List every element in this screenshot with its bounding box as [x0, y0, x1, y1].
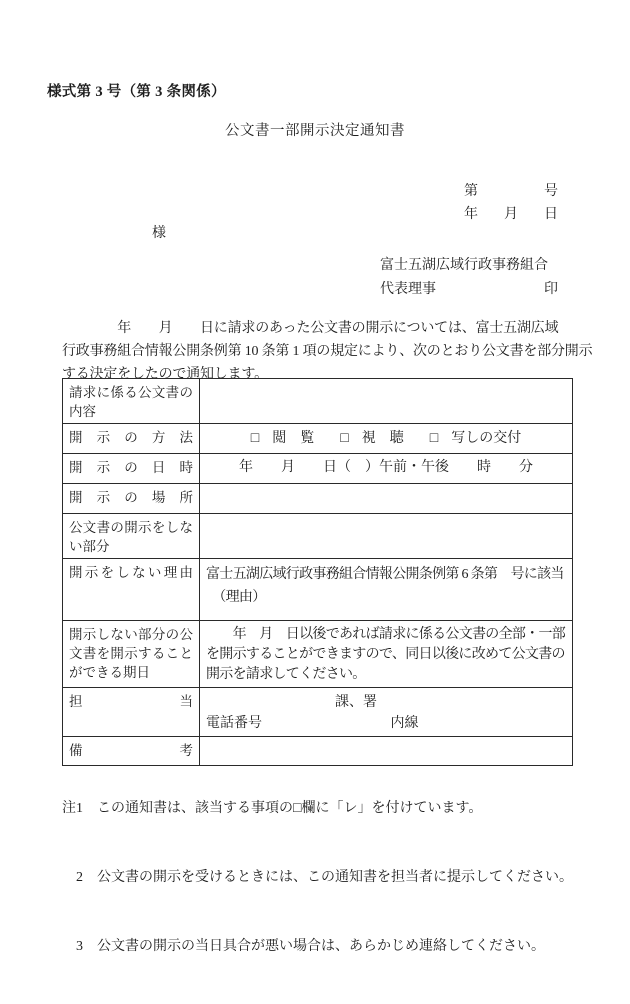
row-label: 公文書の開示をしない部分 — [63, 514, 200, 559]
method-option-label: 写しの交付 — [451, 429, 521, 449]
row-value — [200, 484, 573, 514]
checkbox-icon: □ — [430, 429, 438, 449]
disclosure-table: 請求に係る公文書の内容 開 示 の 方 法 □ 閲 覧 □ 視 聴 □ — [62, 378, 573, 766]
date-day-label: 日 — [544, 203, 558, 226]
footnote-1: 注1 この通知書は、該当する事項の□欄に「レ」を付けています。 — [62, 797, 602, 820]
row-value — [200, 379, 573, 424]
method-option-copy: □ 写しの交付 — [430, 429, 521, 449]
row-value: 年 月 日以後であれば請求に係る公文書の全部・一部 を開示することができますので… — [200, 621, 573, 688]
row-value: 課、署 電話番号 内線 — [200, 688, 573, 737]
doc-number-suffix: 号 — [544, 180, 558, 203]
row-value: □ 閲 覧 □ 視 聴 □ 写しの交付 — [200, 424, 573, 454]
issuer-block: 富士五湖広域行政事務組合 代表理事 印 — [380, 254, 558, 302]
doc-number-line: 第 号 — [464, 180, 558, 203]
table-row-staff: 担 当 課、署 電話番号 内線 — [63, 688, 573, 737]
date-line: 年 月 日 — [464, 203, 558, 226]
method-option-view: □ 閲 覧 — [251, 429, 314, 449]
table-row-redisclosure-date: 開示しない部分の公文書を開示することができる期日 年 月 日以後であれば請求に係… — [63, 621, 573, 688]
checkbox-icon: □ — [251, 429, 259, 449]
footnote-2: 2 公文書の開示を受けるときには、この通知書を担当者に提示してください。 — [62, 866, 602, 889]
phone-label: 電話番号 — [206, 716, 262, 731]
row-label: 担 当 — [63, 688, 200, 737]
body-paragraph: 年 月 日に請求のあった公文書の開示については、富士五湖広域 行政事務組合情報公… — [62, 317, 582, 386]
table-row-reason: 開示をしない理由 富士五湖広域行政事務組合情報公開条例第 6 条第 号に該当 （… — [63, 559, 573, 621]
document-page: 様式第 3 号（第 3 条関係） 公文書一部開示決定通知書 第 号 年 月 日 … — [0, 0, 630, 903]
staff-section-label: 課、署 — [206, 692, 506, 713]
form-number: 様式第 3 号（第 3 条関係） — [47, 80, 226, 101]
footnote-3: 3 公文書の開示の当日具合が悪い場合は、あらかじめ連絡してください。 — [62, 935, 602, 958]
checkbox-icon: □ — [340, 429, 348, 449]
method-option-label: 閲 覧 — [272, 429, 314, 449]
issuer-title: 代表理事 — [380, 278, 436, 302]
document-title: 公文書一部開示決定通知書 — [0, 119, 630, 140]
method-option-label: 視 聴 — [362, 429, 404, 449]
method-options: □ 閲 覧 □ 視 聴 □ 写しの交付 — [206, 428, 566, 449]
row-value — [200, 514, 573, 559]
issuer-org-name: 富士五湖広域行政事務組合 — [380, 254, 558, 278]
row-label: 開 示 の 方 法 — [63, 424, 200, 454]
row-label: 開 示 の 場 所 — [63, 484, 200, 514]
addressee-suffix: 様 — [152, 222, 166, 242]
issuer-title-line: 代表理事 印 — [380, 278, 558, 302]
doc-number-prefix: 第 — [464, 180, 478, 203]
row-value: 年 月 日（ ）午前・午後 時 分 — [200, 454, 573, 484]
row-label: 開示をしない理由 — [63, 559, 200, 621]
date-year-label: 年 — [464, 203, 478, 226]
row-label: 開 示 の 日 時 — [63, 454, 200, 484]
table-row-method: 開 示 の 方 法 □ 閲 覧 □ 視 聴 □ 写しの交付 — [63, 424, 573, 454]
table-row-place: 開 示 の 場 所 — [63, 484, 573, 514]
table-row-datetime: 開 示 の 日 時 年 月 日（ ）午前・午後 時 分 — [63, 454, 573, 484]
doc-number-date-block: 第 号 年 月 日 — [464, 180, 558, 226]
row-label: 請求に係る公文書の内容 — [63, 379, 200, 424]
row-label: 開示しない部分の公文書を開示することができる期日 — [63, 621, 200, 688]
seal-mark: 印 — [544, 278, 558, 302]
staff-contact-line: 電話番号 内線 — [206, 713, 566, 734]
table-row-request-content: 請求に係る公文書の内容 — [63, 379, 573, 424]
row-value: 富士五湖広域行政事務組合情報公開条例第 6 条第 号に該当 （理由） — [200, 559, 573, 621]
method-option-listen: □ 視 聴 — [340, 429, 403, 449]
extension-label: 内線 — [391, 716, 419, 731]
footnotes: 注1 この通知書は、該当する事項の□欄に「レ」を付けています。 2 公文書の開示… — [62, 751, 602, 1004]
table-row-nondisclosed-part: 公文書の開示をしない部分 — [63, 514, 573, 559]
date-month-label: 月 — [504, 203, 518, 226]
